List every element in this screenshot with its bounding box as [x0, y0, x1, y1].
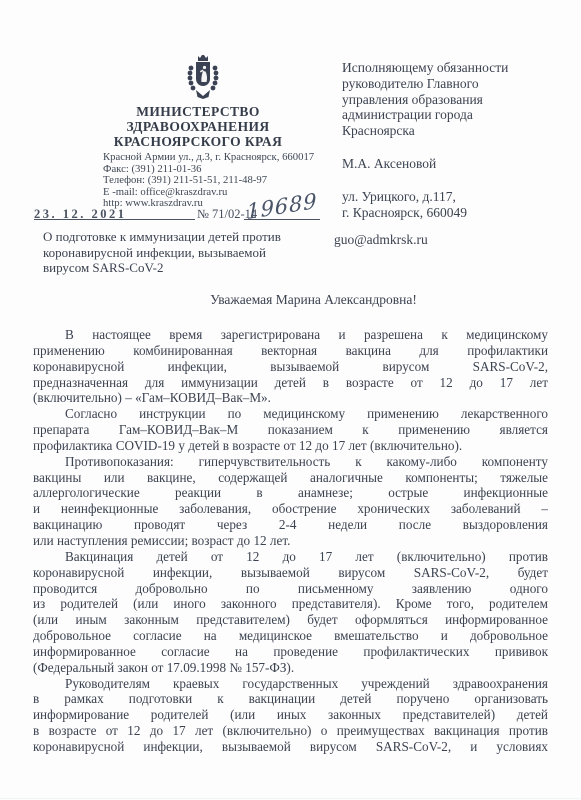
body-line: в возрасте от 12 до 17 лет (включительно… [33, 723, 548, 739]
body-line: В настоящее время зарегистрирована и раз… [33, 327, 548, 343]
body-line: информирование родителей (или иных закон… [33, 707, 548, 723]
body-line: Противопоказания: гиперчувствительность … [33, 454, 548, 470]
recipient-title-line: руководителю Главного [342, 76, 547, 92]
recipient-email: guo@admkrsk.ru [334, 232, 547, 248]
doc-number-blank-line: 19689 [244, 203, 320, 220]
body-line: (включительно) – «Гам–КОВИД–Вак–М». [33, 390, 548, 406]
letter-document: МИНИСТЕРСТВОЗДРАВООХРАНЕНИЯКРАСНОЯРСКОГО… [0, 0, 581, 800]
recipient-title: Исполняющему обязанностируководителю Гла… [342, 60, 547, 139]
coat-of-arms-icon [187, 55, 219, 99]
body-line: информированное согласие на проведение п… [33, 644, 548, 660]
body-line: (Федеральный закон от 17.09.1998 № 157-Ф… [33, 660, 548, 676]
body-line: в рамках подготовки к вакцинации детей п… [33, 691, 548, 707]
paragraph: Противопоказания: гиперчувствительность … [33, 454, 548, 549]
body-line: предназначенная для иммунизации детей в … [33, 375, 548, 391]
recipient-title-line: управления образования [342, 92, 547, 108]
body-line: Руководителям краевых государственных уч… [33, 676, 548, 692]
recipient-block: Исполняющему обязанностируководителю Гла… [342, 60, 547, 248]
ministry-name-line: ЗДРАВООХРАНЕНИЯ [47, 119, 349, 134]
recipient-title-line: Исполняющему обязанности [342, 60, 547, 76]
subject-line: О подготовке к иммунизации детей против [43, 229, 343, 245]
contact-line: Красной Армии ул., д.3, г. Красноярск, 6… [103, 152, 314, 164]
ministry-name-line: КРАСНОЯРСКОГО КРАЯ [47, 134, 349, 149]
body-line: препарата Гам–КОВИД–Вак–М показанием к п… [33, 422, 548, 438]
body-line: Согласно инструкции по медицинскому прим… [33, 406, 548, 422]
recipient-title-line: администрации города [342, 107, 547, 123]
body-line: вакцинацию проводят через 2-4 недели пос… [33, 517, 548, 533]
date-number-line: 23. 12. 2021 № 71/02-14 19689 [34, 205, 344, 231]
body-line: коронавирусной инфекции, вызываемой виру… [33, 739, 548, 755]
body-line: вакцины или вакцине, содержащей аналогич… [33, 470, 548, 486]
paragraph: Согласно инструкции по медицинскому прим… [33, 406, 548, 454]
body-line: добровольное согласие на медицинское вме… [33, 628, 548, 644]
body-line: профилактика COVID-19 у детей в возрасте… [33, 438, 548, 454]
paragraph: Руководителям краевых государственных уч… [33, 676, 548, 755]
contact-line: Телефон: (391) 211-51-51, 211-48-97 [103, 175, 314, 187]
body-line: коронавирусной инфекции, вызываемой виру… [33, 359, 548, 375]
subject-block: О подготовке к иммунизации детей противк… [43, 229, 343, 276]
body-line: (или иным законным представителем) будет… [33, 612, 548, 628]
paragraph: В настоящее время зарегистрирована и раз… [33, 327, 548, 406]
body-line: или наступления ремиссии; возраст до 12 … [33, 533, 548, 549]
ministry-name: МИНИСТЕРСТВОЗДРАВООХРАНЕНИЯКРАСНОЯРСКОГО… [47, 104, 349, 150]
ministry-name-line: МИНИСТЕРСТВО [47, 104, 349, 119]
recipient-address: ул. Урицкого, д.117,г. Красноярск, 66004… [342, 189, 547, 221]
body-line: проводится добровольно по письменному за… [33, 581, 548, 597]
recipient-name: М.А. Аксеновой [342, 156, 547, 172]
body-line: Вакцинация детей от 12 до 17 лет (включи… [33, 549, 548, 565]
recipient-address-line: г. Красноярск, 660049 [342, 205, 547, 221]
body-line: аллергологические реакции в анамнезе; ос… [33, 485, 548, 501]
subject-line: коронавирусной инфекции, вызываемой [43, 245, 343, 261]
salutation: Уважаемая Марина Александровна! [56, 292, 571, 308]
body-paragraphs: В настоящее время зарегистрирована и раз… [33, 327, 548, 755]
paragraph: Вакцинация детей от 12 до 17 лет (включи… [33, 549, 548, 676]
body-line: коронавирусной инфекции, вызываемой виру… [33, 565, 548, 581]
subject-line: вирусом SARS-CoV-2 [43, 260, 343, 276]
scanner-edge-artifact [0, 798, 581, 799]
date-strike-line [34, 219, 195, 220]
recipient-address-line: ул. Урицкого, д.117, [342, 189, 547, 205]
body-line: и неинфекционные заболевания, обострение… [33, 501, 548, 517]
body-line: из родителей (или иного законного предст… [33, 596, 548, 612]
recipient-title-line: Красноярска [342, 123, 547, 139]
body-line: применению комбинированная векторная вак… [33, 343, 548, 359]
